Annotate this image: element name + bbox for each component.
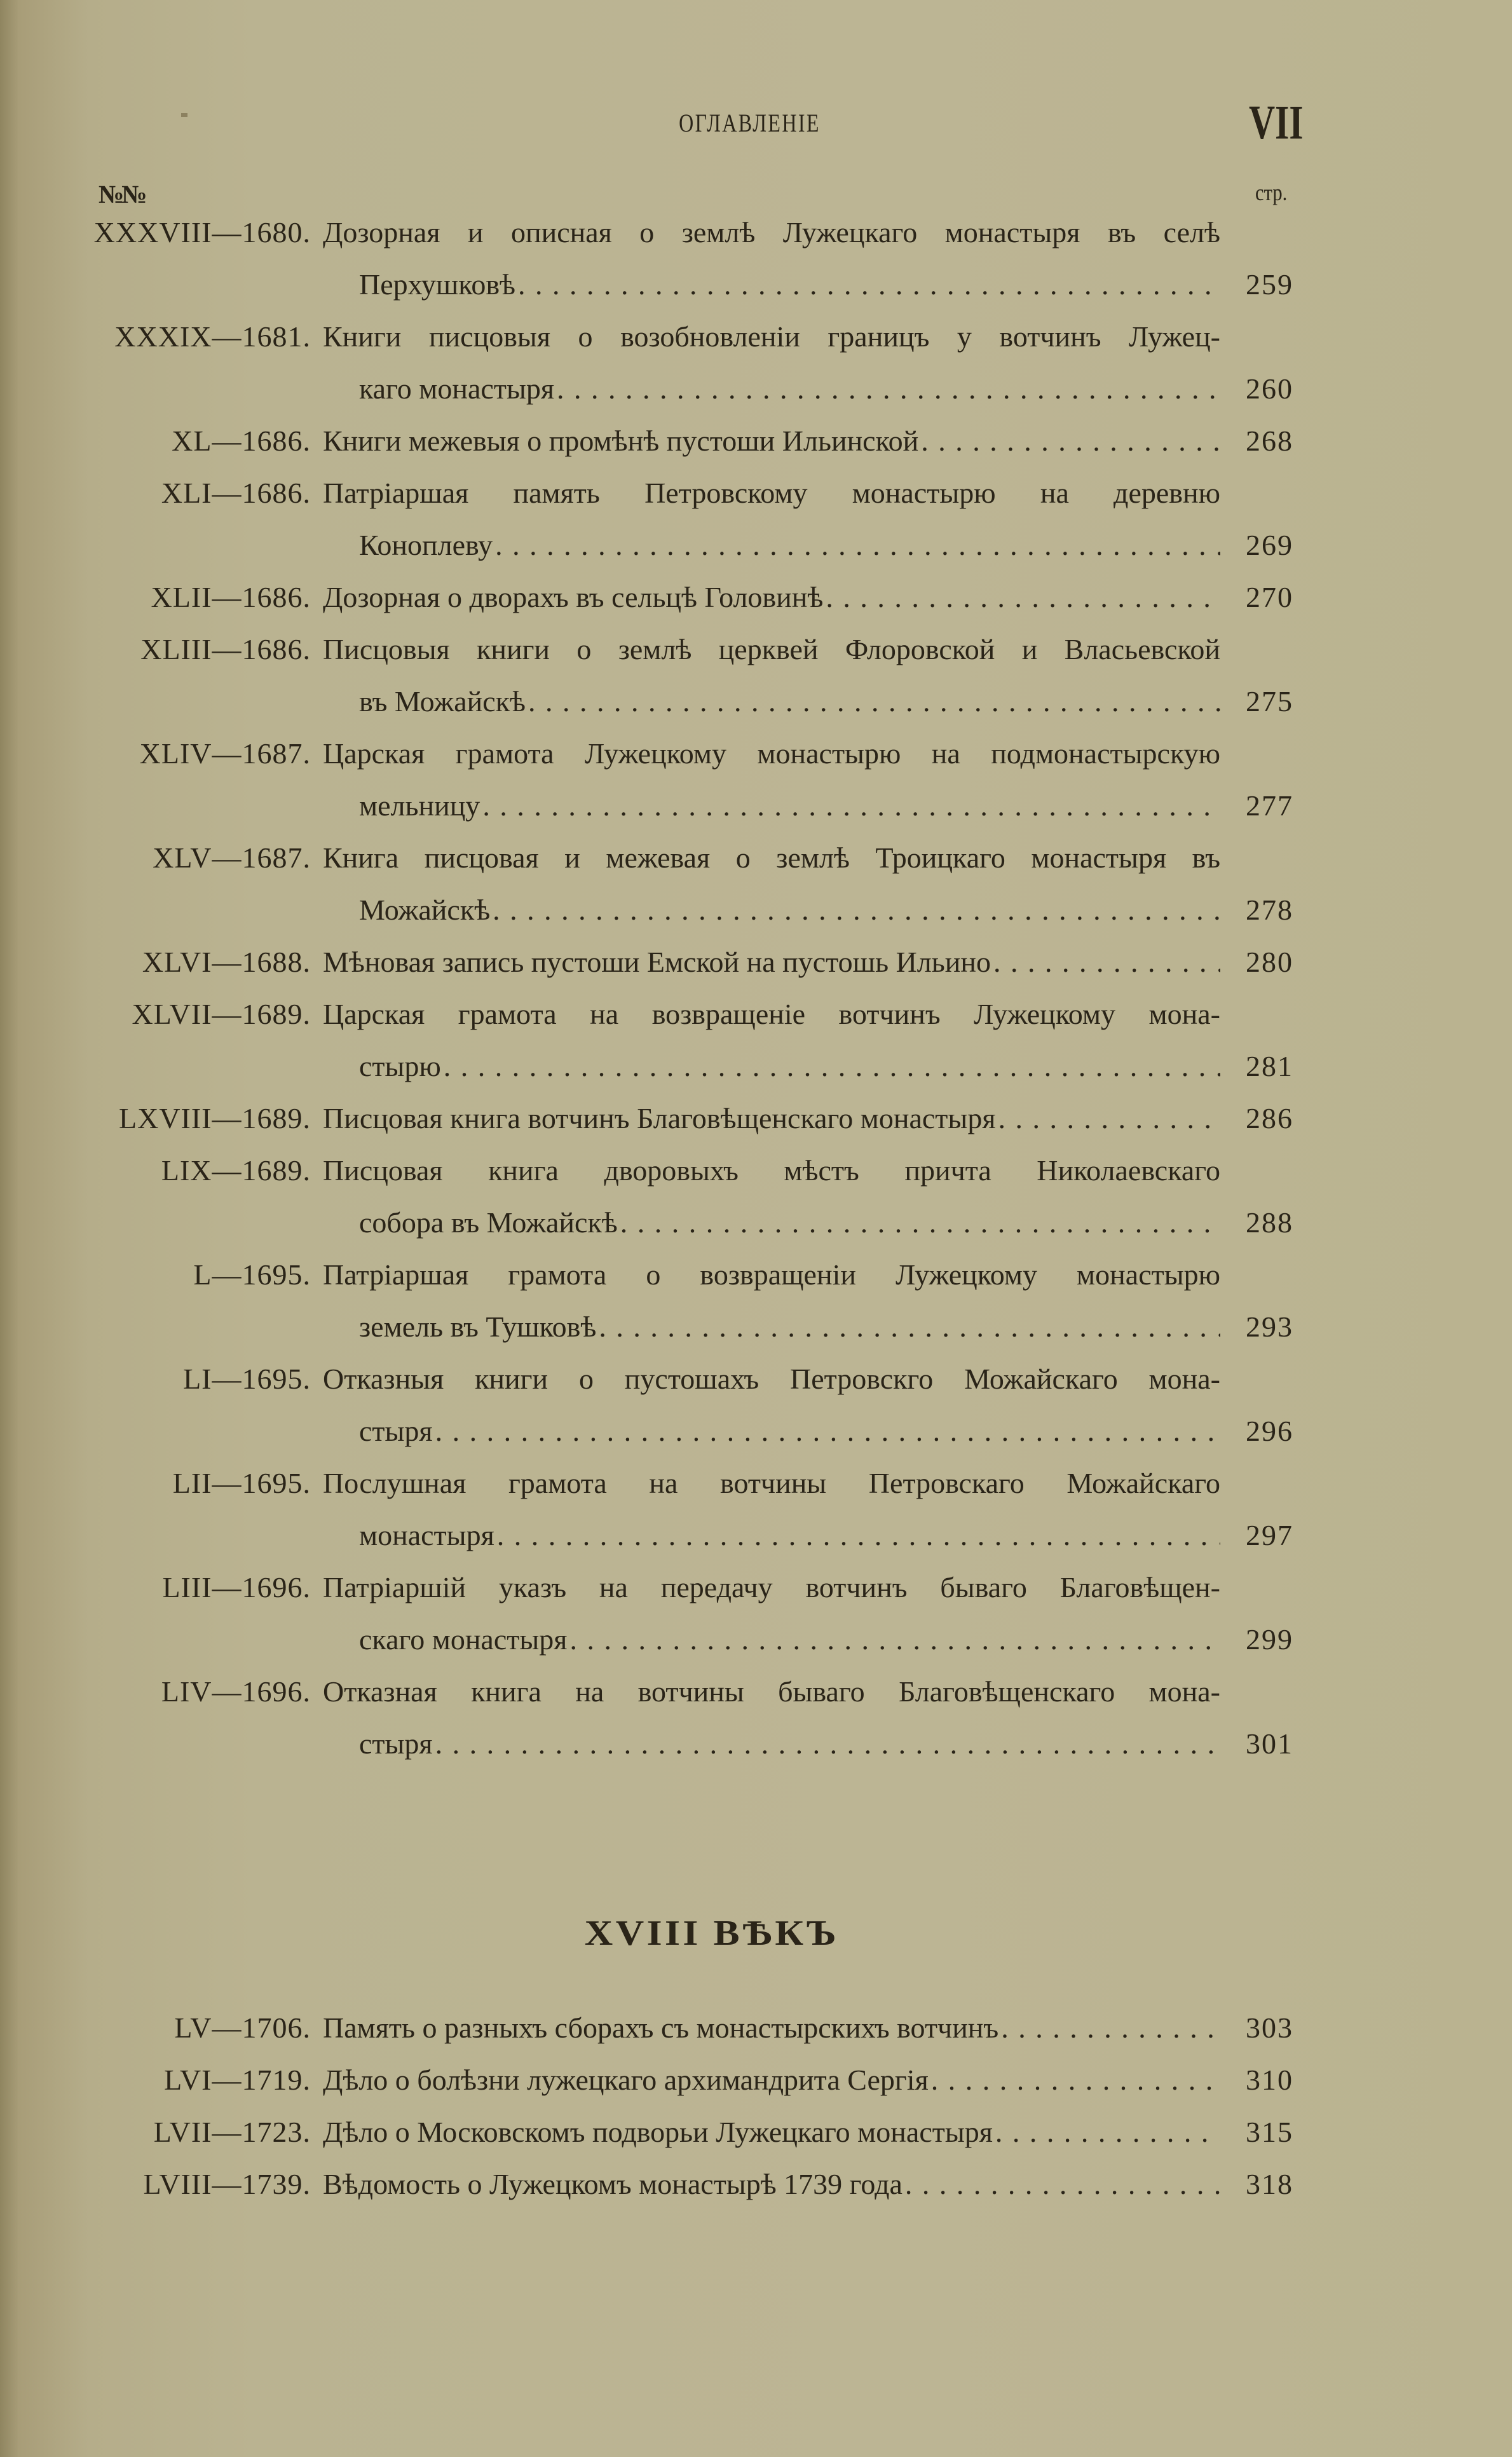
entry-page-number[interactable]: 270 bbox=[1246, 571, 1293, 623]
dot-leader bbox=[1001, 2002, 1220, 2054]
entry-title-continuation: скаго монастыря bbox=[359, 1614, 1220, 1666]
toc-entry-line: стырю281 bbox=[0, 1040, 1512, 1092]
toc-entry-line: въ Можайскѣ275 bbox=[0, 676, 1512, 728]
entry-title-text: Книги межевыя о промѣнѣ пустоши Ильинско… bbox=[323, 415, 918, 467]
dot-leader bbox=[993, 936, 1220, 988]
entry-number-date: LVI—1719. bbox=[164, 2054, 311, 2106]
entry-title-continuation-text: Перхушковѣ bbox=[359, 259, 515, 311]
toc-entry-line: Можайскѣ278 bbox=[0, 884, 1512, 936]
dot-leader bbox=[557, 363, 1220, 415]
toc-entry[interactable]: XXXVIII—1680.Дозорная и описная о землѣ … bbox=[0, 207, 1512, 311]
entry-page-number[interactable]: 269 bbox=[1246, 519, 1293, 571]
entry-title-continuation-text: каго монастыря bbox=[359, 363, 554, 415]
entry-title-continuation-text: мельницу bbox=[359, 780, 480, 832]
entry-title: Патріаршая грамота о возвращеніи Лужецко… bbox=[323, 1249, 1220, 1301]
toc-entry-line: LII—1695.Послушная грамота на вотчины Пе… bbox=[0, 1457, 1512, 1509]
toc-entry-line: XLI—1686.Патріаршая память Петровскому м… bbox=[0, 467, 1512, 519]
entry-number-date: XLIV—1687. bbox=[140, 728, 311, 780]
entry-title: Вѣдомость о Лужецкомъ монастырѣ 1739 год… bbox=[323, 2158, 1220, 2210]
dot-leader bbox=[444, 1040, 1220, 1092]
dot-leader bbox=[528, 676, 1220, 728]
entry-title-text: Дозорная о дворахъ въ сельцѣ Головинѣ bbox=[323, 571, 823, 623]
section-title-xviii: XVIII ВѢКЪ bbox=[0, 1913, 1468, 1954]
toc-entry-line: собора въ Можайскѣ288 bbox=[0, 1197, 1512, 1249]
toc-entry[interactable]: LVIII—1739.Вѣдомость о Лужецкомъ монасты… bbox=[0, 2158, 1512, 2210]
entry-title-continuation: въ Можайскѣ bbox=[359, 676, 1220, 728]
toc-entry[interactable]: XL—1686.Книги межевыя о промѣнѣ пустоши … bbox=[0, 415, 1512, 467]
entry-page-number[interactable]: 260 bbox=[1246, 363, 1293, 415]
toc-entry-line: стыря296 bbox=[0, 1405, 1512, 1457]
toc-entry-line: стыря301 bbox=[0, 1718, 1512, 1770]
entry-number-date: XXXIX—1681. bbox=[114, 311, 311, 363]
entry-title-continuation: собора въ Можайскѣ bbox=[359, 1197, 1220, 1249]
entry-title: Дѣло о болѣзни лужецкаго архимандрита Се… bbox=[323, 2054, 1220, 2106]
toc-entry[interactable]: XLI—1686.Патріаршая память Петровскому м… bbox=[0, 467, 1512, 571]
toc-entry-line: каго монастыря260 bbox=[0, 363, 1512, 415]
dot-leader bbox=[482, 780, 1220, 832]
entry-page-number[interactable]: 280 bbox=[1246, 936, 1293, 988]
entry-title-continuation-text: собора въ Можайскѣ bbox=[359, 1197, 618, 1249]
entry-title-continuation-text: земель въ Тушковѣ bbox=[359, 1301, 596, 1353]
entry-page-number[interactable]: 275 bbox=[1246, 676, 1293, 728]
entry-title: Книги межевыя о промѣнѣ пустоши Ильинско… bbox=[323, 415, 1220, 467]
toc-entry-line: монастыря297 bbox=[0, 1509, 1512, 1562]
entry-number-date: LIII—1696. bbox=[162, 1562, 311, 1614]
entry-number-date: XL—1686. bbox=[172, 415, 311, 467]
toc-entry-line: LVIII—1739.Вѣдомость о Лужецкомъ монасты… bbox=[0, 2158, 1512, 2210]
toc-entry[interactable]: XLVI—1688.Мѣновая запись пустоши Емской … bbox=[0, 936, 1512, 988]
entry-title: Писцовая книга дворовыхъ мѣстъ причта Ни… bbox=[323, 1145, 1220, 1197]
entry-number-date: XLV—1687. bbox=[153, 832, 311, 884]
toc-entry-line: LIV—1696.Отказная книга на вотчины бываг… bbox=[0, 1666, 1512, 1718]
entry-number-date: LIV—1696. bbox=[161, 1666, 311, 1718]
entry-page-number[interactable]: 268 bbox=[1246, 415, 1293, 467]
entry-title-continuation: мельницу bbox=[359, 780, 1220, 832]
dot-leader bbox=[995, 2106, 1220, 2158]
column-header-number: №№ bbox=[99, 179, 144, 209]
toc-entry-line: XLVI—1688.Мѣновая запись пустоши Емской … bbox=[0, 936, 1512, 988]
entry-title-continuation-text: монастыря bbox=[359, 1509, 494, 1562]
entry-title-continuation: каго монастыря bbox=[359, 363, 1220, 415]
entry-page-number[interactable]: 277 bbox=[1246, 780, 1293, 832]
entry-title-text: Дѣло о Московскомъ подворьи Лужецкаго мо… bbox=[323, 2106, 993, 2158]
entry-number-date: XLIII—1686. bbox=[140, 623, 311, 676]
toc-entry-line: XL—1686.Книги межевыя о промѣнѣ пустоши … bbox=[0, 415, 1512, 467]
toc-entry-line: LI—1695.Отказныя книги о пустошахъ Петро… bbox=[0, 1353, 1512, 1405]
entry-title-text: Мѣновая запись пустоши Емской на пустошь… bbox=[323, 936, 991, 988]
toc-entry-line: XLIV—1687.Царская грамота Лужецкому мона… bbox=[0, 728, 1512, 780]
running-head: ОГЛАВЛЕНІЕ VII bbox=[0, 95, 1512, 153]
section-title-text: XVIII ВѢКЪ bbox=[584, 1913, 838, 1954]
entry-page-number[interactable]: 318 bbox=[1246, 2158, 1293, 2210]
toc-entry[interactable]: LII—1695.Послушная грамота на вотчины Пе… bbox=[0, 1457, 1512, 1562]
dot-leader bbox=[518, 259, 1220, 311]
toc-xviii-century: LV—1706.Память о разныхъ сборахъ съ мона… bbox=[0, 2002, 1512, 2210]
entry-title: Царская грамота Лужецкому монастырю на п… bbox=[323, 728, 1220, 780]
toc-entry[interactable]: LVI—1719.Дѣло о болѣзни лужецкаго архима… bbox=[0, 2054, 1512, 2106]
toc-entry[interactable]: LXVIII—1689.Писцовая книга вотчинъ Благо… bbox=[0, 1092, 1512, 1145]
entry-title: Писцовая книга вотчинъ Благовѣщенскаго м… bbox=[323, 1092, 1220, 1145]
toc-entry-line: LVII—1723.Дѣло о Московскомъ подворьи Лу… bbox=[0, 2106, 1512, 2158]
entry-title: Писцовыя книги о землѣ церквей Флоровско… bbox=[323, 623, 1220, 676]
toc-entry[interactable]: XLVII—1689.Царская грамота на возвращені… bbox=[0, 988, 1512, 1092]
entry-number-date: LIX—1689. bbox=[161, 1145, 311, 1197]
entry-page-number[interactable]: 303 bbox=[1246, 2002, 1293, 2054]
dot-leader bbox=[435, 1405, 1220, 1457]
entry-title-continuation: стырю bbox=[359, 1040, 1220, 1092]
toc-entry[interactable]: XXXIX—1681.Книги писцовыя о возобновлені… bbox=[0, 311, 1512, 415]
entry-title: Дозорная и описная о землѣ Лужецкаго мон… bbox=[323, 207, 1220, 259]
toc-entry-line: Коноплеву269 bbox=[0, 519, 1512, 571]
entry-title: Память о разныхъ сборахъ съ монастырских… bbox=[323, 2002, 1220, 2054]
entry-title: Патріаршій указъ на передачу вотчинъ быв… bbox=[323, 1562, 1220, 1614]
toc-entry-line: LV—1706.Память о разныхъ сборахъ съ мона… bbox=[0, 2002, 1512, 2054]
toc-entry-line: L—1695.Патріаршая грамота о возвращеніи … bbox=[0, 1249, 1512, 1301]
toc-entry[interactable]: LIX—1689.Писцовая книга дворовыхъ мѣстъ … bbox=[0, 1145, 1512, 1249]
toc-entry[interactable]: XLV—1687.Книга писцовая и межевая о земл… bbox=[0, 832, 1512, 936]
dot-leader bbox=[497, 1509, 1220, 1562]
toc-xvii-century: XXXVIII—1680.Дозорная и описная о землѣ … bbox=[0, 207, 1512, 1770]
toc-entry-line: земель въ Тушковѣ293 bbox=[0, 1301, 1512, 1353]
entry-title-continuation: Перхушковѣ bbox=[359, 259, 1220, 311]
dot-leader bbox=[569, 1614, 1220, 1666]
entry-page-number[interactable]: 259 bbox=[1246, 259, 1293, 311]
toc-entry[interactable]: LVII—1723.Дѣло о Московскомъ подворьи Лу… bbox=[0, 2106, 1512, 2158]
entry-page-number[interactable]: 293 bbox=[1246, 1301, 1293, 1353]
entry-number-date: XLI—1686. bbox=[161, 467, 311, 519]
entry-page-number[interactable]: 315 bbox=[1246, 2106, 1293, 2158]
toc-entry-line: LIX—1689.Писцовая книга дворовыхъ мѣстъ … bbox=[0, 1145, 1512, 1197]
dot-leader bbox=[826, 571, 1220, 623]
entry-page-number[interactable]: 286 bbox=[1246, 1092, 1293, 1145]
entry-title: Послушная грамота на вотчины Петровскаго… bbox=[323, 1457, 1220, 1509]
entry-title: Книга писцовая и межевая о землѣ Троицка… bbox=[323, 832, 1220, 884]
entry-title: Патріаршая память Петровскому монастырю … bbox=[323, 467, 1220, 519]
dot-leader bbox=[931, 2054, 1220, 2106]
entry-number-date: LII—1695. bbox=[173, 1457, 311, 1509]
toc-entry[interactable]: LIV—1696.Отказная книга на вотчины бываг… bbox=[0, 1666, 1512, 1770]
dot-leader bbox=[998, 1092, 1220, 1145]
entry-title: Отказная книга на вотчины бываго Благовѣ… bbox=[323, 1666, 1220, 1718]
entry-page-number[interactable]: 278 bbox=[1246, 884, 1293, 936]
entry-page-number[interactable]: 301 bbox=[1246, 1718, 1293, 1770]
entry-title-continuation: Можайскѣ bbox=[359, 884, 1220, 936]
entry-title-continuation-text: въ Можайскѣ bbox=[359, 676, 526, 728]
entry-title-continuation-text: стыря bbox=[359, 1405, 433, 1457]
entry-title-continuation: монастыря bbox=[359, 1509, 1220, 1562]
toc-entry-line: LVI—1719.Дѣло о болѣзни лужецкаго архима… bbox=[0, 2054, 1512, 2106]
entry-title-continuation: Коноплеву bbox=[359, 519, 1220, 571]
entry-title-continuation-text: стырю bbox=[359, 1040, 441, 1092]
toc-entry-line: LXVIII—1689.Писцовая книга вотчинъ Благо… bbox=[0, 1092, 1512, 1145]
entry-title-continuation-text: скаго монастыря bbox=[359, 1614, 567, 1666]
dot-leader bbox=[921, 415, 1220, 467]
entry-title-continuation-text: Можайскѣ bbox=[359, 884, 490, 936]
dot-leader bbox=[599, 1301, 1220, 1353]
entry-title: Книги писцовыя о возобновленіи границъ у… bbox=[323, 311, 1220, 363]
running-head-title: ОГЛАВЛЕНІЕ bbox=[145, 108, 1354, 138]
toc-entry-line: XLIII—1686.Писцовыя книги о землѣ церкве… bbox=[0, 623, 1512, 676]
entry-title-text: Дѣло о болѣзни лужецкаго архимандрита Се… bbox=[323, 2054, 929, 2106]
entry-title-text: Память о разныхъ сборахъ съ монастырских… bbox=[323, 2002, 998, 2054]
entry-number-date: LVIII—1739. bbox=[143, 2158, 311, 2210]
dot-leader bbox=[493, 884, 1220, 936]
entry-title-continuation: стыря bbox=[359, 1718, 1220, 1770]
entry-title-continuation: стыря bbox=[359, 1405, 1220, 1457]
entry-page-number[interactable]: 310 bbox=[1246, 2054, 1293, 2106]
toc-entry-line: XXXIX—1681.Книги писцовыя о возобновлені… bbox=[0, 311, 1512, 363]
toc-entry[interactable]: LIII—1696.Патріаршій указъ на передачу в… bbox=[0, 1562, 1512, 1666]
entry-title: Царская грамота на возвращеніе вотчинъ Л… bbox=[323, 988, 1220, 1040]
toc-entry[interactable]: XLIV—1687.Царская грамота Лужецкому мона… bbox=[0, 728, 1512, 832]
entry-number-date: L—1695. bbox=[193, 1249, 311, 1301]
toc-entry-line: XLVII—1689.Царская грамота на возвращені… bbox=[0, 988, 1512, 1040]
toc-entry-line: скаго монастыря299 bbox=[0, 1614, 1512, 1666]
toc-entry[interactable]: LV—1706.Память о разныхъ сборахъ съ мона… bbox=[0, 2002, 1512, 2054]
entry-number-date: LV—1706. bbox=[174, 2002, 311, 2054]
dot-leader bbox=[495, 519, 1220, 571]
entry-page-number[interactable]: 281 bbox=[1246, 1040, 1293, 1092]
entry-title-continuation: земель въ Тушковѣ bbox=[359, 1301, 1220, 1353]
entry-number-date: XLVI—1688. bbox=[142, 936, 311, 988]
entry-number-date: LI—1695. bbox=[183, 1353, 311, 1405]
book-page: ОГЛАВЛЕНІЕ VII №№ стр. XXXVIII—1680.Дозо… bbox=[0, 0, 1512, 2457]
entry-title: Отказныя книги о пустошахъ Петровскго Мо… bbox=[323, 1353, 1220, 1405]
entry-page-number[interactable]: 297 bbox=[1246, 1509, 1293, 1562]
toc-entry-line: XLII—1686.Дозорная о дворахъ въ сельцѣ Г… bbox=[0, 571, 1512, 623]
entry-title: Дѣло о Московскомъ подворьи Лужецкаго мо… bbox=[323, 2106, 1220, 2158]
dot-leader bbox=[435, 1718, 1220, 1770]
entry-title: Дозорная о дворахъ въ сельцѣ Головинѣ bbox=[323, 571, 1220, 623]
toc-entry-line: XLV—1687.Книга писцовая и межевая о земл… bbox=[0, 832, 1512, 884]
entry-title-text: Вѣдомость о Лужецкомъ монастырѣ 1739 год… bbox=[323, 2158, 902, 2210]
entry-title: Мѣновая запись пустоши Емской на пустошь… bbox=[323, 936, 1220, 988]
entry-title-text: Писцовая книга вотчинъ Благовѣщенскаго м… bbox=[323, 1092, 995, 1145]
entry-number-date: LXVIII—1689. bbox=[119, 1092, 311, 1145]
entry-number-date: XLVII—1689. bbox=[132, 988, 311, 1040]
toc-entry[interactable]: L—1695.Патріаршая грамота о возвращеніи … bbox=[0, 1249, 1512, 1353]
entry-page-number[interactable]: 288 bbox=[1246, 1197, 1293, 1249]
entry-number-date: XXXVIII—1680. bbox=[94, 207, 311, 259]
toc-entry[interactable]: XLII—1686.Дозорная о дворахъ въ сельцѣ Г… bbox=[0, 571, 1512, 623]
column-header-page: стр. bbox=[1255, 179, 1287, 206]
entry-page-number[interactable]: 296 bbox=[1246, 1405, 1293, 1457]
toc-entry[interactable]: LI—1695.Отказныя книги о пустошахъ Петро… bbox=[0, 1353, 1512, 1457]
toc-entry-line: XXXVIII—1680.Дозорная и описная о землѣ … bbox=[0, 207, 1512, 259]
entry-title-continuation-text: стыря bbox=[359, 1718, 433, 1770]
entry-page-number[interactable]: 299 bbox=[1246, 1614, 1293, 1666]
dot-leader bbox=[620, 1197, 1220, 1249]
entry-number-date: XLII—1686. bbox=[151, 571, 311, 623]
entry-title-continuation-text: Коноплеву bbox=[359, 519, 493, 571]
toc-entry-line: Перхушковѣ259 bbox=[0, 259, 1512, 311]
toc-entry[interactable]: XLIII—1686.Писцовыя книги о землѣ церкве… bbox=[0, 623, 1512, 728]
dot-leader bbox=[905, 2158, 1220, 2210]
toc-entry-line: LIII—1696.Патріаршій указъ на передачу в… bbox=[0, 1562, 1512, 1614]
entry-number-date: LVII—1723. bbox=[154, 2106, 311, 2158]
page-folio: VII bbox=[1249, 95, 1304, 151]
toc-entry-line: мельницу277 bbox=[0, 780, 1512, 832]
